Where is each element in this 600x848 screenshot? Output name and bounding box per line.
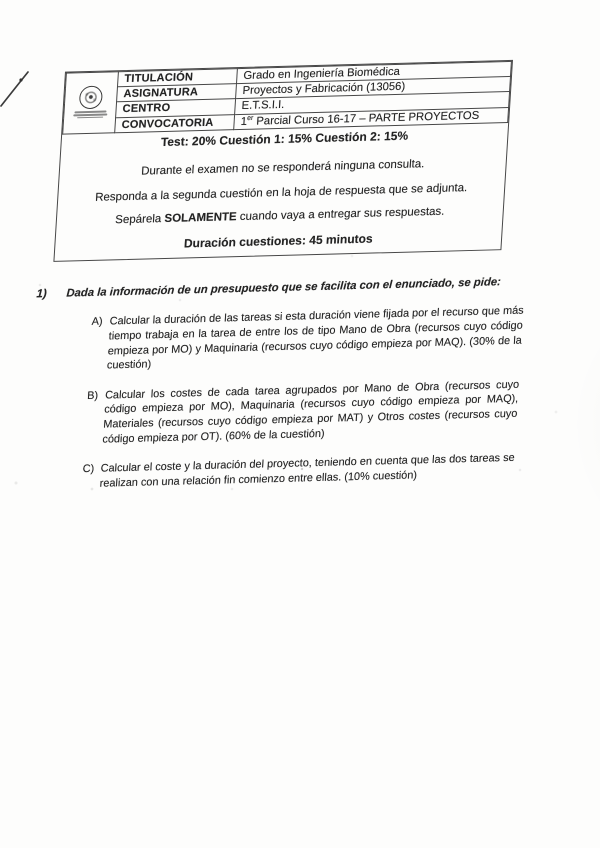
university-seal-icon <box>79 86 103 110</box>
document-content: TITULACIÓN Grado en Ingeniería Biomédica… <box>24 59 542 493</box>
instruction-line: Sepárela SOLAMENTE cuando vaya a entrega… <box>56 204 503 228</box>
question-1: 1) Dada la información de un presupuesto… <box>24 274 529 493</box>
convocatoria-rest: Parcial Curso 16-17 – PARTE PROYECTOS <box>253 109 480 127</box>
pen-mark <box>0 58 40 114</box>
item-text: Calcular los costes de cada tarea agrupa… <box>102 377 520 446</box>
instruction-line: Durante el examen no se responderá ningu… <box>59 156 506 180</box>
item-letter: C) <box>81 462 101 492</box>
instruction-emphasis: SOLAMENTE <box>164 211 237 225</box>
instruction-post: cuando vaya a entregar sus respuestas. <box>236 205 444 222</box>
convocatoria-label: CONVOCATORIA <box>115 114 235 132</box>
instruction-line: Responda a la segunda cuestión en la hoj… <box>58 181 505 205</box>
exam-header-box: TITULACIÓN Grado en Ingeniería Biomédica… <box>53 60 513 262</box>
exam-info-table: TITULACIÓN Grado en Ingeniería Biomédica… <box>62 61 512 135</box>
university-logo-cell <box>63 72 119 134</box>
question-intro: Dada la información de un presupuesto qu… <box>66 274 519 300</box>
university-seal-caption <box>65 111 114 119</box>
question-heading: 1) Dada la información de un presupuesto… <box>36 274 529 302</box>
duration-line: Duración cuestiones: 45 minutos <box>55 228 502 254</box>
question-item-a: A) Calcular la duración de las tareas si… <box>88 304 527 374</box>
question-number: 1) <box>36 286 67 301</box>
question-item-b: B) Calcular los costes de cada tarea agr… <box>84 377 523 447</box>
item-text: Calcular la duración de las tareas si es… <box>106 304 524 373</box>
instruction-pre: Sepárela <box>115 213 165 226</box>
